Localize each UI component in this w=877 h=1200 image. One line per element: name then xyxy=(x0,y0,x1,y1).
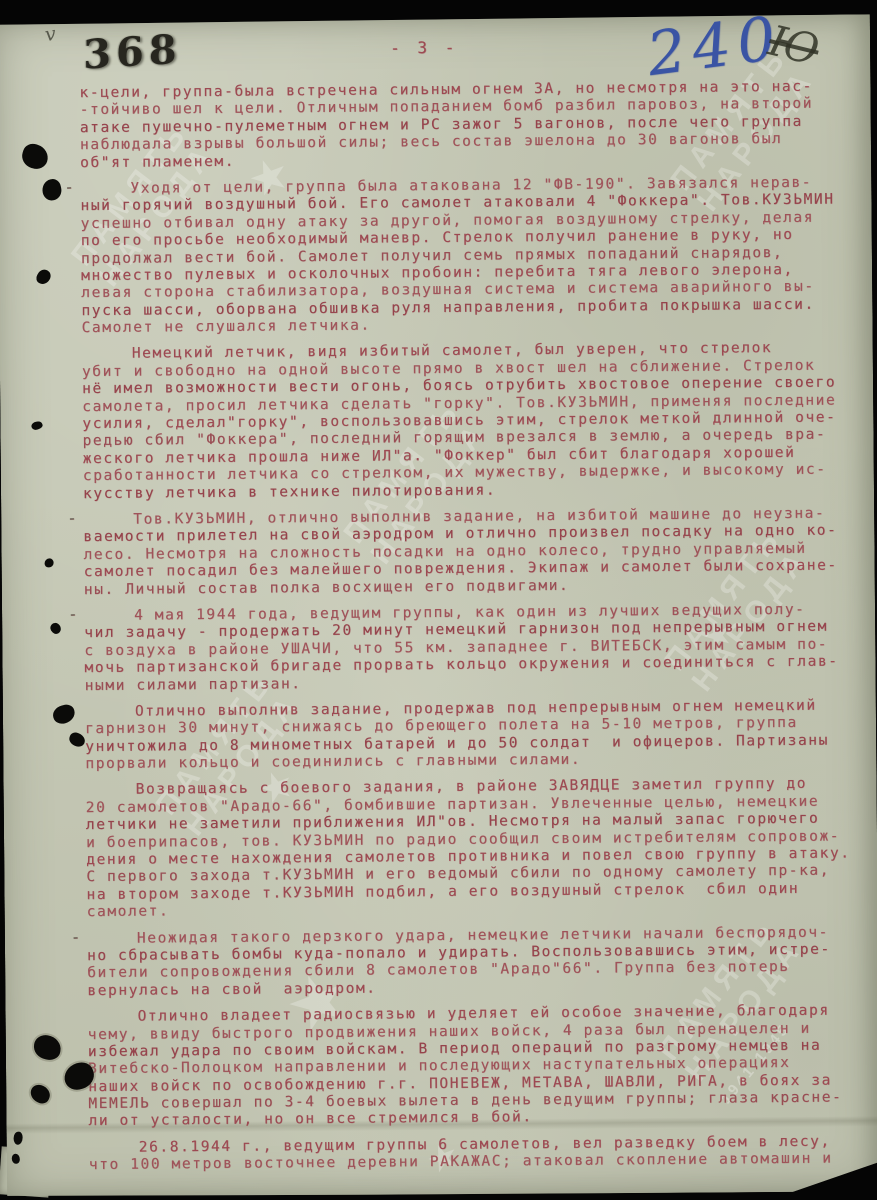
paragraph: 26.8.1944 г., ведущим группы 6 самолетов… xyxy=(89,1133,861,1175)
paragraph: Отлично выполнив задание, продержав под … xyxy=(85,697,858,773)
document-page: ПАМЯТЬ НАРОДА ПАМЯТЬ НАРОДА ПАМЯТЬ НАРОД… xyxy=(0,14,877,1199)
typed-page-number: - 3 - xyxy=(390,38,458,58)
torn-hole xyxy=(32,1033,63,1061)
text-block: к-цели, группа-была встречена сильным ог… xyxy=(79,78,861,1183)
stamp-page-number: 368 xyxy=(83,26,182,79)
pencil-dash-mark: - xyxy=(70,604,77,623)
paragraph: -4 мая 1944 года, ведущим группы, как од… xyxy=(84,601,857,695)
scan-background: ПАМЯТЬ НАРОДА ПАМЯТЬ НАРОДА ПАМЯТЬ НАРОД… xyxy=(0,0,877,1200)
pencil-dash-mark: - xyxy=(73,927,80,946)
ink-blot xyxy=(45,558,54,567)
paragraph: -Тов.КУЗЬМИН, отлично выполнив задание, … xyxy=(83,505,856,599)
ink-blot xyxy=(51,703,77,726)
paragraph: Возвращаясь с боевого задания, в районе … xyxy=(86,776,859,922)
ink-blot xyxy=(19,141,51,172)
ink-blot xyxy=(12,1154,20,1164)
ink-blot xyxy=(67,731,87,749)
paragraph: -Уходя от цели, группа была атакована 12… xyxy=(80,174,853,337)
paragraph: Отлично владеет радиосвязью и уделяет ей… xyxy=(88,1002,861,1130)
pencil-dash-mark: - xyxy=(69,508,76,527)
pencil-dash-mark: - xyxy=(66,177,73,196)
ink-blot xyxy=(30,420,43,432)
torn-hole xyxy=(27,1082,53,1106)
ink-blot xyxy=(40,178,63,203)
paragraph: Немецкий летчик, видя избитый самолет, б… xyxy=(82,340,855,503)
pencil-check-mark: v xyxy=(43,23,57,46)
ink-blot xyxy=(14,1132,23,1145)
paragraph: -Неожидая такого дерзкого удара, немецки… xyxy=(87,924,860,1000)
ink-blot xyxy=(48,621,63,636)
paragraph: к-цели, группа-была встречена сильным ог… xyxy=(79,78,852,172)
handwritten-number: 240 xyxy=(643,3,787,90)
ink-blot xyxy=(34,267,53,286)
